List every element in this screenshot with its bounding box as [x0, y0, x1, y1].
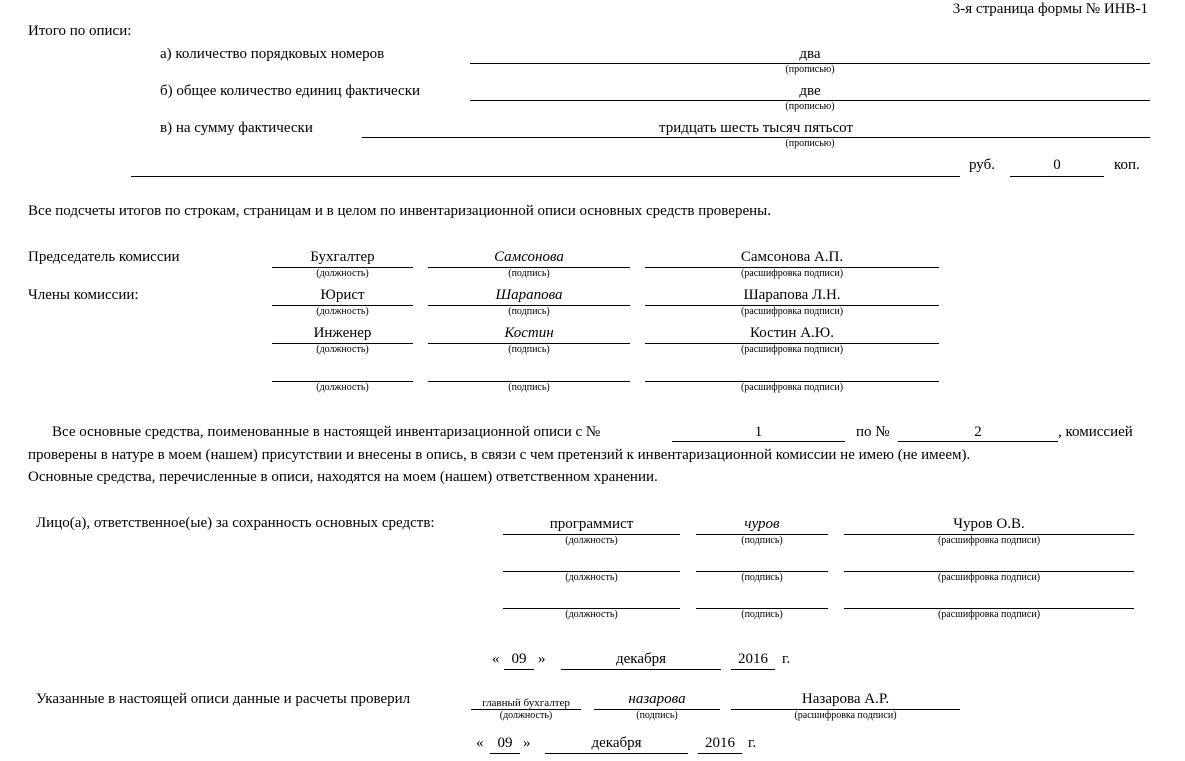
totals-units-field[interactable]: две	[470, 82, 1150, 100]
signature-field[interactable]: Самсонова	[428, 248, 630, 266]
field-hint: (подпись)	[696, 535, 828, 546]
kop-field[interactable]: 0	[1010, 156, 1104, 174]
position-field[interactable]: программист	[503, 515, 680, 533]
totals-row-label: б) общее количество единиц фактически	[160, 82, 420, 100]
field-hint: (расшифровка подписи)	[844, 572, 1134, 583]
underline	[504, 669, 534, 670]
field-hint: (расшифровка подписи)	[844, 535, 1134, 546]
totals-title: Итого по описи:	[28, 22, 131, 40]
underline	[490, 753, 520, 754]
field-hint: (должность)	[503, 609, 680, 620]
close-quote: »	[538, 650, 546, 668]
position-field[interactable]: Инженер	[272, 324, 413, 342]
form-page-label: 3-я страница формы № ИНВ-1	[953, 0, 1148, 18]
date-year-field[interactable]: 2016	[698, 734, 742, 752]
field-hint: (подпись)	[428, 344, 630, 355]
open-quote: «	[492, 650, 500, 668]
underline	[672, 441, 845, 442]
signature-field[interactable]: Костин	[428, 324, 630, 342]
totals-row-label: в) на сумму фактически	[160, 119, 313, 137]
decode-field[interactable]: Шарапова Л.Н.	[645, 286, 939, 304]
date-month-field[interactable]: декабря	[545, 734, 688, 752]
field-hint: (расшифровка подписи)	[645, 306, 939, 317]
totals-sum-field[interactable]: тридцать шесть тысяч пятьсот	[362, 119, 1150, 137]
close-quote: »	[523, 734, 531, 752]
members-label: Члены комиссии:	[28, 286, 139, 304]
confirmation-line1: Все основные средства, поименованные в н…	[52, 423, 600, 441]
to-number-field[interactable]: 2	[898, 423, 1058, 441]
field-hint: (подпись)	[428, 382, 630, 393]
checker-decode-field[interactable]: Назарова А.Р.	[731, 690, 960, 708]
field-hint: (должность)	[272, 268, 413, 279]
signature-field[interactable]: Шарапова	[428, 286, 630, 304]
position-field[interactable]: Бухгалтер	[272, 248, 413, 266]
year-suffix: г.	[782, 650, 790, 668]
from-number-field[interactable]: 1	[672, 423, 845, 441]
field-hint: (подпись)	[428, 268, 630, 279]
field-hint: (подпись)	[594, 710, 720, 721]
field-hint: (расшифровка подписи)	[844, 609, 1134, 620]
underline	[545, 753, 688, 754]
field-hint: (расшифровка подписи)	[731, 710, 960, 721]
responsible-label: Лицо(а), ответственное(ые) за сохранност…	[36, 514, 435, 532]
underline	[561, 669, 721, 670]
to-label: по №	[856, 423, 890, 441]
field-hint: (прописью)	[470, 64, 1150, 75]
year-suffix: г.	[748, 734, 756, 752]
underline	[731, 669, 775, 670]
date-month-field[interactable]: декабря	[561, 650, 721, 668]
open-quote: «	[476, 734, 484, 752]
verified-statement: Все подсчеты итогов по строкам, страница…	[28, 202, 771, 220]
field-hint: (подпись)	[696, 572, 828, 583]
rub-label: руб.	[969, 156, 995, 174]
field-hint: (должность)	[272, 382, 413, 393]
field-hint: (должность)	[503, 535, 680, 546]
decode-field[interactable]: Чуров О.В.	[844, 515, 1134, 533]
totals-count-field[interactable]: два	[470, 45, 1150, 63]
field-hint: (должность)	[272, 344, 413, 355]
date-day-field[interactable]: 09	[504, 650, 534, 668]
field-hint: (расшифровка подписи)	[645, 382, 939, 393]
confirmation-line2: проверены в натуре в моем (нашем) присут…	[28, 446, 970, 464]
underline	[1010, 176, 1104, 177]
confirmation-line1-end: , комиссией	[1058, 423, 1133, 441]
field-hint: (расшифровка подписи)	[645, 344, 939, 355]
decode-field[interactable]: Самсонова А.П.	[645, 248, 939, 266]
kop-label: коп.	[1114, 156, 1140, 174]
field-hint: (должность)	[272, 306, 413, 317]
underline	[698, 753, 742, 754]
date-year-field[interactable]: 2016	[731, 650, 775, 668]
field-hint: (прописью)	[470, 101, 1150, 112]
field-hint: (подпись)	[696, 609, 828, 620]
checker-signature-field[interactable]: назарова	[594, 690, 720, 708]
confirmation-line3: Основные средства, перечисленные в описи…	[28, 468, 658, 486]
underline	[898, 441, 1058, 442]
signature-field[interactable]: чуров	[696, 515, 828, 533]
position-field[interactable]: Юрист	[272, 286, 413, 304]
field-hint: (подпись)	[428, 306, 630, 317]
field-hint: (расшифровка подписи)	[645, 268, 939, 279]
field-hint: (должность)	[503, 572, 680, 583]
chair-label: Председатель комиссии	[28, 248, 180, 266]
date-day-field[interactable]: 09	[490, 734, 520, 752]
checker-label: Указанные в настоящей описи данные и рас…	[36, 690, 410, 708]
field-hint: (должность)	[471, 710, 581, 721]
totals-row-label: а) количество порядковых номеров	[160, 45, 384, 63]
field-hint: (прописью)	[470, 138, 1150, 149]
sum-continuation-line[interactable]	[131, 176, 960, 177]
decode-field[interactable]: Костин А.Ю.	[645, 324, 939, 342]
